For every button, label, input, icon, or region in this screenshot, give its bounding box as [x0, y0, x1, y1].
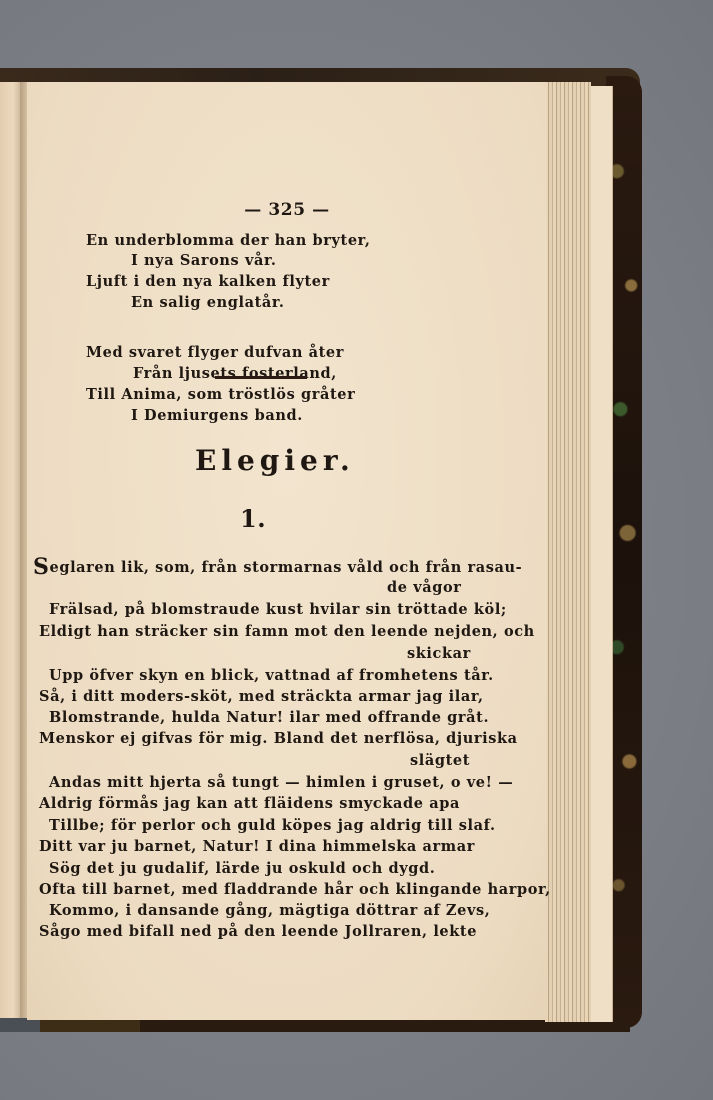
section-divider-rule — [215, 376, 307, 379]
drop-cap: S — [33, 554, 50, 580]
elegy-line: Kommo, i dansande gång, mägtiga döttrar … — [49, 902, 490, 919]
elegy-line: Eldigt han sträcker sin famn mot den lee… — [39, 623, 535, 640]
back-leaf — [588, 86, 613, 1022]
elegy-line: Andas mitt hjerta så tungt — himlen i gr… — [49, 774, 513, 791]
poem-line: I Demiurgens band. — [131, 407, 303, 424]
elegy-line: Upp öfver skyn en blick, vattnad af from… — [49, 667, 494, 684]
elegy-line: Seglaren lik, som, från stormarnas våld … — [33, 554, 522, 580]
elegy-line: Tillbe; för perlor och guld köpes jag al… — [49, 817, 496, 834]
left-page-edge — [0, 82, 22, 1018]
poem-line: Ljuft i den nya kalken flyter — [86, 273, 330, 290]
poem-line: I nya Sarons vår. — [131, 252, 277, 269]
elegy-line: de vågor — [387, 579, 461, 596]
poem-line: En underblomma der han bryter, — [86, 232, 371, 249]
book-page: — 325 — En underblomma der han bryter, I… — [27, 82, 547, 1020]
poem-line: Från ljusets fosterland, — [133, 365, 337, 382]
elegy-line: skickar — [407, 645, 471, 662]
elegy-line: Menskor ej gifvas för mig. Bland det ner… — [39, 730, 518, 747]
page-stack-edges — [545, 82, 591, 1022]
elegy-line: Sågo med bifall ned på den leende Jollra… — [39, 923, 477, 940]
elegy-line: Blomstrande, hulda Natur! ilar med offra… — [49, 709, 489, 726]
section-number: 1. — [240, 504, 266, 533]
elegy-line: Ditt var ju barnet, Natur! I dina himmel… — [39, 838, 475, 855]
elegy-line: slägtet — [410, 752, 470, 769]
section-title: Elegier. — [195, 444, 355, 477]
poem-line: Med svaret flyger dufvan åter — [86, 344, 344, 361]
elegy-line: Frälsad, på blomstraude kust hvilar sin … — [49, 601, 507, 618]
elegy-line: Ofta till barnet, med fladdrande hår och… — [39, 881, 551, 898]
elegy-line-text: eglaren lik, som, från stormarnas våld o… — [50, 559, 523, 576]
page-number: — 325 — — [27, 200, 547, 220]
elegy-line: Sög det ju gudalif, lärde ju oskuld och … — [49, 860, 435, 877]
elegy-line: Så, i ditt moders-sköt, med sträckta arm… — [39, 688, 484, 705]
elegy-line: Aldrig förmås jag kan att fläidens smyck… — [39, 795, 460, 812]
poem-line: Till Anima, som tröstlös gråter — [86, 386, 355, 403]
book-cover-bottom — [0, 1018, 630, 1032]
poem-line: En salig englatår. — [131, 294, 284, 311]
